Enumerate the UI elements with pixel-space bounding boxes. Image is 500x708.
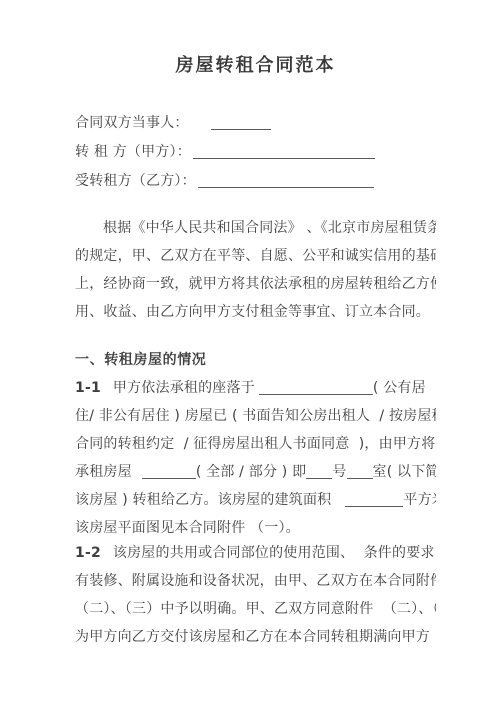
text-run: ( 公有居	[373, 380, 426, 396]
blank-field	[193, 145, 375, 159]
text-line: 合同的转租约定 / 征得房屋出租人书面同意 )，由甲方将上述	[75, 430, 436, 458]
text-run: 的规定，甲、乙双方在平等、自愿、公平和诚实信用的基础	[75, 248, 436, 264]
text-line: 合同双方当事人：	[75, 109, 436, 138]
text-line: 1-2该房屋的共用或合同部位的使用范围、 条件的要求 ；现	[75, 539, 436, 567]
text-run: 有装修、附属设施和设备状况，由甲、乙双方在本合同附件	[75, 573, 436, 589]
text-run: 该房屋的共用或合同部位的使用范围、 条件的要求 ；现	[113, 545, 436, 561]
text-line: 为甲方向乙方交付该房屋和乙方在本合同转租期满向甲方	[75, 623, 436, 651]
text-run: 转 租 方（甲方）：	[75, 144, 191, 160]
text-run: 住/ 非公有居住 ) 房屋已 ( 书面告知公房出租人 / 按房屋租赁	[75, 408, 436, 424]
text-run: 承租房屋	[75, 464, 132, 480]
clause-number: 一、转租房屋的情况	[75, 352, 206, 368]
text-line: 上，经协商一致，就甲方将其依法承租的房屋转租给乙方使	[75, 270, 436, 298]
text-run: 甲方依法承租的座落于	[113, 380, 255, 396]
text-line: 受转租方（乙方）：	[75, 167, 436, 196]
clause-1-2: 1-2该房屋的共用或合同部位的使用范围、 条件的要求 ；现有装修、附属设施和设备…	[75, 539, 436, 651]
document-title: 房屋转租合同范本	[75, 50, 436, 82]
text-line: 一、转租房屋的情况	[75, 346, 436, 374]
text-run: 该房屋平面图见本合同附件 （一）。	[75, 520, 300, 536]
blank-field	[345, 493, 403, 507]
clause-1-1: 1-1甲方依法承租的座落于( 公有居住/ 非公有居住 ) 房屋已 ( 书面告知公…	[75, 374, 436, 542]
text-run: 号	[332, 464, 346, 480]
document-page: 房屋转租合同范本 合同双方当事人：转 租 方（甲方）：受转租方（乙方）：根据《中…	[0, 0, 500, 708]
section-1-heading: 一、转租房屋的情况	[75, 346, 436, 374]
text-line: 该房屋平面图见本合同附件 （一）。	[75, 514, 436, 542]
text-run: 为甲方向乙方交付该房屋和乙方在本合同转租期满向甲方	[75, 629, 430, 645]
text-run: （二）、（三）中予以明确。甲、乙双方同意附件 （二）、（三）作	[75, 601, 436, 617]
text-run: 用、收益、由乙方向甲方支付租金等事宜、订立本合同。	[75, 304, 430, 320]
text-run: 平方米。	[403, 492, 436, 508]
text-run: 合同双方当事人：	[75, 115, 189, 131]
text-run: 该房屋 ) 转租给乙方。该房屋的建筑面积	[75, 492, 331, 508]
text-run: 根据《中华人民共和国合同法》 、《北京市房屋租赁条例》	[103, 220, 436, 236]
text-line: （二）、（三）中予以明确。甲、乙双方同意附件 （二）、（三）作	[75, 595, 436, 623]
text-line: 的规定，甲、乙双方在平等、自愿、公平和诚实信用的基础	[75, 242, 436, 270]
text-line: 根据《中华人民共和国合同法》 、《北京市房屋租赁条例》	[75, 214, 436, 242]
text-run: ( 全部 / 部分 ) 即	[196, 464, 307, 480]
text-line: 该房屋 ) 转租给乙方。该房屋的建筑面积平方米。	[75, 486, 436, 514]
text-line: 住/ 非公有居住 ) 房屋已 ( 书面告知公房出租人 / 按房屋租赁	[75, 402, 436, 430]
party-fields: 合同双方当事人：转 租 方（甲方）：受转租方（乙方）：	[75, 109, 436, 196]
blank-field	[306, 465, 332, 479]
text-line: 有装修、附属设施和设备状况，由甲、乙双方在本合同附件	[75, 567, 436, 595]
intro-paragraph: 根据《中华人民共和国合同法》 、《北京市房屋租赁条例》的规定，甲、乙双方在平等、…	[75, 214, 436, 326]
blank-field	[142, 465, 196, 479]
text-line: 转 租 方（甲方）：	[75, 138, 436, 167]
clause-number: 1-1	[75, 380, 101, 396]
text-line: 承租房屋( 全部 / 部分 ) 即号室( 以下简称	[75, 458, 436, 486]
text-line: 1-1甲方依法承租的座落于( 公有居	[75, 374, 436, 402]
text-run: 受转租方（乙方）：	[75, 173, 196, 189]
text-run: 上，经协商一致，就甲方将其依法承租的房屋转租给乙方使	[75, 276, 436, 292]
text-run: 合同的转租约定 / 征得房屋出租人书面同意 )，由甲方将上述	[75, 436, 436, 452]
document-body: 合同双方当事人：转 租 方（甲方）：受转租方（乙方）：根据《中华人民共和国合同法…	[75, 109, 436, 651]
clause-number: 1-2	[75, 545, 101, 561]
blank-field	[347, 465, 373, 479]
blank-field	[211, 116, 271, 130]
text-line: 用、收益、由乙方向甲方支付租金等事宜、订立本合同。	[75, 298, 436, 326]
blank-field	[259, 381, 373, 395]
blank-field	[198, 174, 374, 188]
text-run: 室( 以下简称	[373, 464, 436, 480]
